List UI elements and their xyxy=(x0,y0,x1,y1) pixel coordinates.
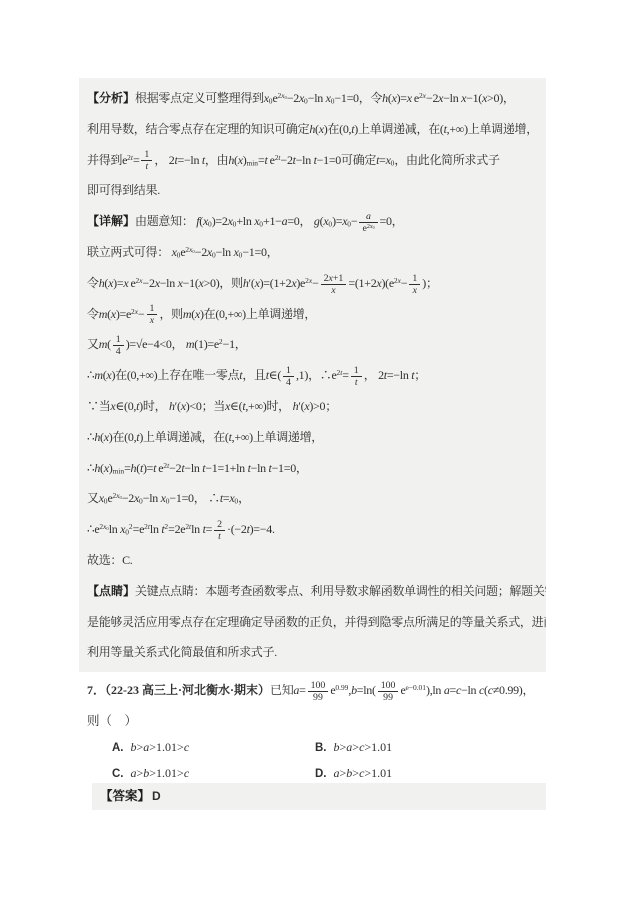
option-c-text: a>b>1.01>c xyxy=(131,766,190,780)
solution-line: 故选：C. xyxy=(87,545,546,576)
solution-line: 利用等量关系式化简最值和所求式子. xyxy=(87,637,546,668)
answer-block: 【答案】D xyxy=(92,783,546,810)
option-b-text: b>a>c>1.01 xyxy=(334,740,393,754)
solution-line: ∴m(x)在(0,+∞)上存在唯一零点t，且t∈(14,1)，∴e2t=1t， … xyxy=(87,360,546,391)
solution-block: 【分析】根据零点定义可整理得到x0e2x0−2x0−ln x0−1=0，令h(x… xyxy=(79,78,546,672)
question-number: 7．（22-23 高三上·河北衡水·期末） xyxy=(87,683,270,697)
question-body: 已知a=10099e0.99,b=ln(10099ee−0.01),ln a=c… xyxy=(270,683,534,697)
option-b: B.b>a>c>1.01 xyxy=(315,734,562,760)
solution-line: 利用导数，结合零点存在定理的知识可确定h(x)在(0,t)上单调递减，在(t,+… xyxy=(87,114,546,145)
solution-line: ∴h(x)min=h(t)=t e2t−2t−ln t−1=1+ln t−ln … xyxy=(87,453,546,484)
option-c: C.a>b>1.01>c xyxy=(112,760,315,784)
solution-line: ∵当x∈(0,t)时， h′(x)<0；当x∈(t,+∞)时， h′(x)>0； xyxy=(87,391,546,422)
solution-line: 是能够灵活应用零点存在定理确定导函数的正负，并得到隐零点所满足的等量关系式，进而 xyxy=(87,607,546,638)
solution-line: ∴e2x0ln x02=e2tln t2=2e2tln t=2t·(−2t)=−… xyxy=(87,514,546,545)
option-a-text: b>a>1.01>c xyxy=(131,740,190,754)
solution-line: 又x0e2x0−2x0−ln x0−1=0， ∴t=x0， xyxy=(87,483,546,514)
option-b-label: B. xyxy=(315,742,327,754)
solution-line: 【分析】根据零点定义可整理得到x0e2x0−2x0−ln x0−1=0，令h(x… xyxy=(87,83,546,114)
solution-line: ∴h(x)在(0,t)上单调递减，在(t,+∞)上单调递增， xyxy=(87,422,546,453)
answer-label: 【答案】 xyxy=(100,789,150,803)
solution-line: 令m(x)=e2x−1x，则m(x)在(0,+∞)上单调递增， xyxy=(87,299,546,330)
option-d-text: a>b>c>1.01 xyxy=(334,766,393,780)
solution-line: 令h(x)=x e2x−2x−ln x−1(x>0)，则h′(x)=(1+2x)… xyxy=(87,268,546,299)
solution-line: 即可得到结果. xyxy=(87,175,546,206)
solution-line: 又m(14)=√e−4<0， m(1)=e2−1， xyxy=(87,329,546,360)
question-stem: 7．（22-23 高三上·河北衡水·期末）已知a=10099e0.99,b=ln… xyxy=(87,672,562,708)
option-a-label: A. xyxy=(112,742,124,754)
solution-line: 并得到e2t=1t， 2t=−ln t，由h(x)min=t e2t−2t−ln… xyxy=(87,145,546,176)
option-d-label: D. xyxy=(315,768,327,780)
question-block: 7．（22-23 高三上·河北衡水·期末）已知a=10099e0.99,b=ln… xyxy=(79,672,562,784)
option-c-label: C. xyxy=(112,768,124,780)
solution-line: 联立两式可得： x0e2x0−2x0−ln x0−1=0， xyxy=(87,237,546,268)
option-a: A.b>a>1.01>c xyxy=(112,734,315,760)
answer-value: D xyxy=(152,789,161,803)
option-d: D.a>b>c>1.01 xyxy=(315,760,562,784)
solution-line: 【点睛】关键点点睛：本题考查函数零点、利用导数求解函数单调性的相关问题；解题关键 xyxy=(87,576,546,607)
options-grid: A.b>a>1.01>c B.b>a>c>1.01 C.a>b>1.01>c D… xyxy=(87,734,562,784)
question-prompt: 则（ ） xyxy=(87,708,562,734)
solution-line: 【详解】由题意知： f(x0)=2x0+ln x0+1−a=0， g(x0)=x… xyxy=(87,206,546,237)
